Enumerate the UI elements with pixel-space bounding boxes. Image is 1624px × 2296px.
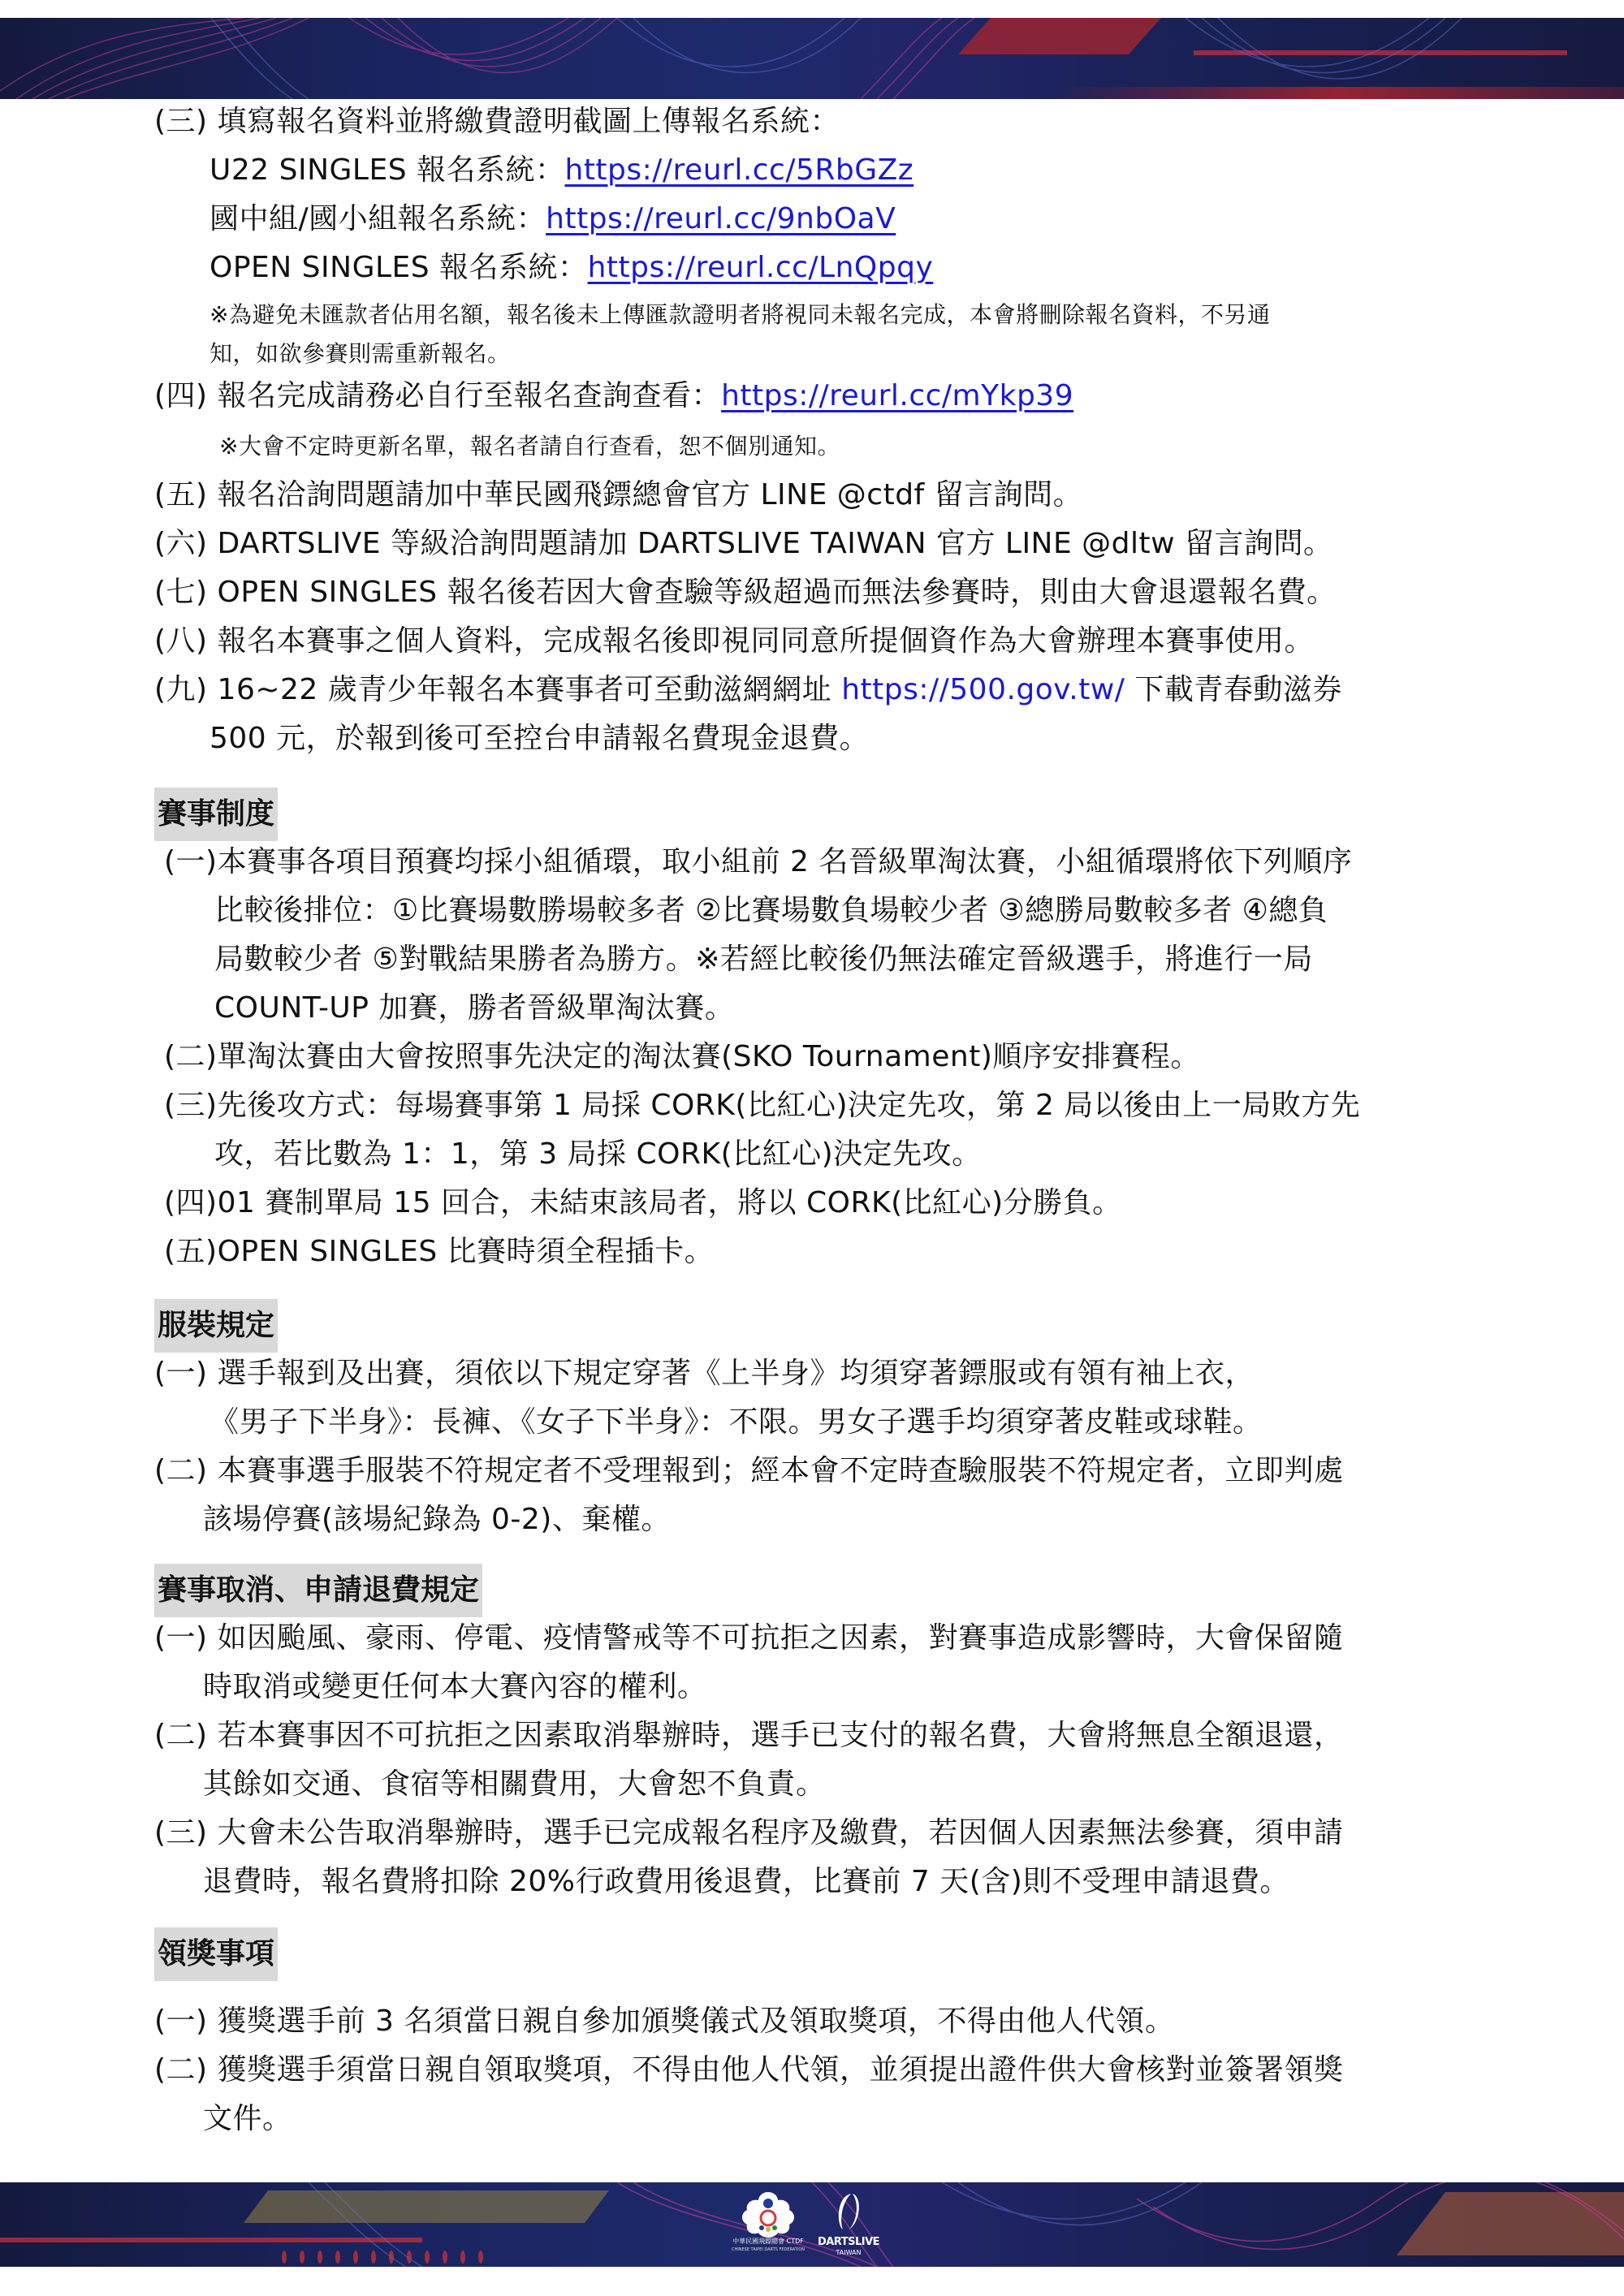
item-marker: (九) — [154, 673, 208, 706]
dress-item-2-line-1: (二) 本賽事選手服裝不符規定者不受理報到；經本會不定時查驗服裝不符規定者，立即… — [154, 1453, 1344, 1489]
item-text: 報名本賽事之個人資料，完成報名後即視同同意所提個資作為大會辦理本賽事使用。 — [218, 624, 1315, 658]
dartslive-region: TAIWAN — [812, 2249, 885, 2256]
list-update-note: ※大會不定時更新名單，報名者請自行查看，恕不個別通知。 — [219, 432, 840, 461]
payment-note-line-1: ※為避免未匯款者佔用名額，報名後未上傳匯款證明者將視同未報名完成，本會將刪除報名… — [209, 300, 1270, 330]
cancel-item-1-line-2: 時取消或變更任何本大賽內容的權利。 — [203, 1669, 707, 1705]
cancel-item-2-line-1: (二) 若本賽事因不可抗拒之因素取消舉辦時，選手已支付的報名費，大會將無息全額退… — [154, 1718, 1344, 1754]
section-heading-cancellation: 賽事取消、申請退費規定 — [154, 1564, 482, 1617]
system-label: U22 SINGLES 報名系統： — [209, 153, 565, 187]
open-registration-link[interactable]: https://reurl.cc/LnQpqy — [588, 251, 934, 284]
junior-registration-row: 國中組/國小組報名系統：https://reurl.cc/9nbOaV — [209, 201, 896, 237]
registration-item-5: (五) 報名洽詢問題請加中華民國飛鏢總會官方 LINE @ctdf 留言詢問。 — [154, 477, 1082, 513]
item-marker: (六) — [154, 527, 208, 560]
cancel-item-3-line-2: 退費時，報名費將扣除 20%行政費用後退費，比賽前 7 天(含)則不受理申請退費… — [203, 1864, 1289, 1900]
awards-item-1: (一) 獲獎選手前 3 名須當日親自參加頒獎儀式及領取獎項，不得由他人代領。 — [154, 2004, 1174, 2039]
format-item-1-line-1: (一)本賽事各項目預賽均採小組循環，取小組前 2 名晉級單淘汰賽，小組循環將依下… — [164, 844, 1352, 880]
dress-item-1-line-2: 《男子下半身》：長褲、《女子下半身》：不限。男女子選手均須穿著皮鞋或球鞋。 — [209, 1405, 1263, 1440]
item-marker: (三) — [154, 105, 208, 138]
item-text: 報名完成請務必自行至報名查詢查看： — [218, 379, 722, 412]
format-item-1-line-3: 局數較少者 ⑤對戰結果勝者為勝方。※若經比較後仍無法確定晉級選手，將進行一局 — [214, 942, 1313, 978]
section-heading-awards: 領獎事項 — [154, 1927, 278, 1981]
u22-registration-row: U22 SINGLES 報名系統：https://reurl.cc/5RbGZz — [209, 153, 914, 188]
format-item-2: (二)單淘汰賽由大會按照事先決定的淘汰賽(SKO Tournament)順序安排… — [164, 1039, 1200, 1075]
item-marker: (八) — [154, 624, 208, 658]
registration-item-3: (三) 填寫報名資料並將繳費證明截圖上傳報名系統： — [154, 104, 840, 140]
format-item-5: (五)OPEN SINGLES 比賽時須全程插卡。 — [164, 1234, 714, 1270]
item-text: DARTSLIVE 等級洽詢問題請加 DARTSLIVE TAIWAN 官方 L… — [218, 527, 1333, 560]
item-text: 報名洽詢問題請加中華民國飛鏢總會官方 LINE @ctdf 留言詢問。 — [218, 478, 1083, 511]
dress-item-1-line-1: (一) 選手報到及出賽，須依以下規定穿著《上半身》均須穿著鏢服或有領有袖上衣， — [154, 1356, 1255, 1392]
sponsor-logos: 中華民國飛鏢總會 CTDF CHINESE TAIPEI DARTS FEDER… — [731, 2189, 893, 2262]
junior-registration-link[interactable]: https://reurl.cc/9nbOaV — [546, 202, 896, 235]
cancel-item-2-line-2: 其餘如交通、食宿等相關費用，大會恕不負責。 — [203, 1767, 826, 1802]
registration-item-8: (八) 報名本賽事之個人資料，完成報名後即視同同意所提個資作為大會辦理本賽事使用… — [154, 624, 1314, 659]
footer-banner: 中華民國飛鏢總會 CTDF CHINESE TAIPEI DARTS FEDER… — [0, 2182, 1624, 2267]
item-text: OPEN SINGLES 報名後若因大會查驗等級超過而無法參賽時，則由大會退還報… — [218, 576, 1337, 609]
registration-item-9-line-2: 500 元，於報到後可至控台申請報名費現金退費。 — [209, 721, 869, 757]
format-item-1-line-4: COUNT-UP 加賽，勝者晉級單淘汰賽。 — [214, 990, 734, 1026]
format-item-3-line-2: 攻，若比數為 1：1，第 3 局採 CORK(比紅心)決定先攻。 — [214, 1137, 982, 1172]
format-item-4: (四)01 賽制單局 15 回合，未結束該局者，將以 CORK(比紅心)分勝負。 — [164, 1185, 1122, 1221]
item-marker: (五) — [154, 478, 208, 511]
item-text: 下載青春動滋券 — [1125, 673, 1341, 706]
item-marker: (四) — [154, 379, 208, 412]
ctdf-emblem-icon — [731, 2189, 806, 2238]
sports-voucher-link[interactable]: https://500.gov.tw/ — [841, 673, 1125, 706]
registration-item-4: (四) 報名完成請務必自行至報名查詢查看：https://reurl.cc/mY… — [154, 378, 1073, 414]
registration-item-7: (七) OPEN SINGLES 報名後若因大會查驗等級超過而無法參賽時，則由大… — [154, 575, 1337, 611]
open-registration-row: OPEN SINGLES 報名系統：https://reurl.cc/LnQpq… — [209, 250, 933, 286]
format-item-3-line-1: (三)先後攻方式：每場賽事第 1 局採 CORK(比紅心)決定先攻，第 2 局以… — [164, 1088, 1360, 1124]
system-label: OPEN SINGLES 報名系統： — [209, 251, 588, 284]
payment-note-line-2: 知，如欲參賽則需重新報名。 — [209, 339, 511, 369]
registration-item-6: (六) DARTSLIVE 等級洽詢問題請加 DARTSLIVE TAIWAN … — [154, 526, 1333, 562]
ctdf-english-name: CHINESE TAIPEI DARTS FEDERATION — [731, 2247, 806, 2252]
dress-item-2-line-2: 該場停賽(該場紀錄為 0-2)、棄權。 — [203, 1502, 671, 1538]
registration-item-9: (九) 16~22 歲青少年報名本賽事者可至動滋網網址 https://500.… — [154, 672, 1342, 708]
wave-pattern-graphic — [0, 18, 1624, 99]
cancel-item-1-line-1: (一) 如因颱風、豪雨、停電、疫情警戒等不可抗拒之因素，對賽事造成影響時，大會保… — [154, 1621, 1344, 1656]
awards-item-2-line-2: 文件。 — [203, 2101, 292, 2137]
section-heading-dress-code: 服裝規定 — [154, 1299, 278, 1353]
section-heading-competition-format: 賽事制度 — [154, 788, 278, 841]
system-label: 國中組/國小組報名系統： — [209, 202, 546, 235]
cancel-item-3-line-1: (三) 大會未公告取消舉辦時，選手已完成報名程序及繳費，若因個人因素無法參賽，須… — [154, 1815, 1344, 1851]
format-item-1-line-2: 比較後排位：①比賽場數勝場較多者 ②比賽場數負場較少者 ③總勝局數較多者 ④總負 — [214, 893, 1328, 929]
item-text: 16~22 歲青少年報名本賽事者可至動滋網網址 — [218, 673, 842, 706]
awards-item-2-line-1: (二) 獲獎選手須當日親自領取獎項，不得由他人代領，並須提出證件供大會核對並簽署… — [154, 2052, 1344, 2088]
dartslive-logo-icon — [812, 2189, 885, 2234]
item-marker: (七) — [154, 576, 208, 609]
item-text: 填寫報名資料並將繳費證明截圖上傳報名系統： — [218, 105, 840, 138]
dartslive-name: DARTSLIVE — [812, 2236, 885, 2248]
header-banner — [0, 18, 1624, 99]
u22-registration-link[interactable]: https://reurl.cc/5RbGZz — [565, 153, 914, 187]
registration-lookup-link[interactable]: https://reurl.cc/mYkp39 — [721, 379, 1073, 412]
ctdf-name: 中華民國飛鏢總會 CTDF — [731, 2238, 806, 2246]
